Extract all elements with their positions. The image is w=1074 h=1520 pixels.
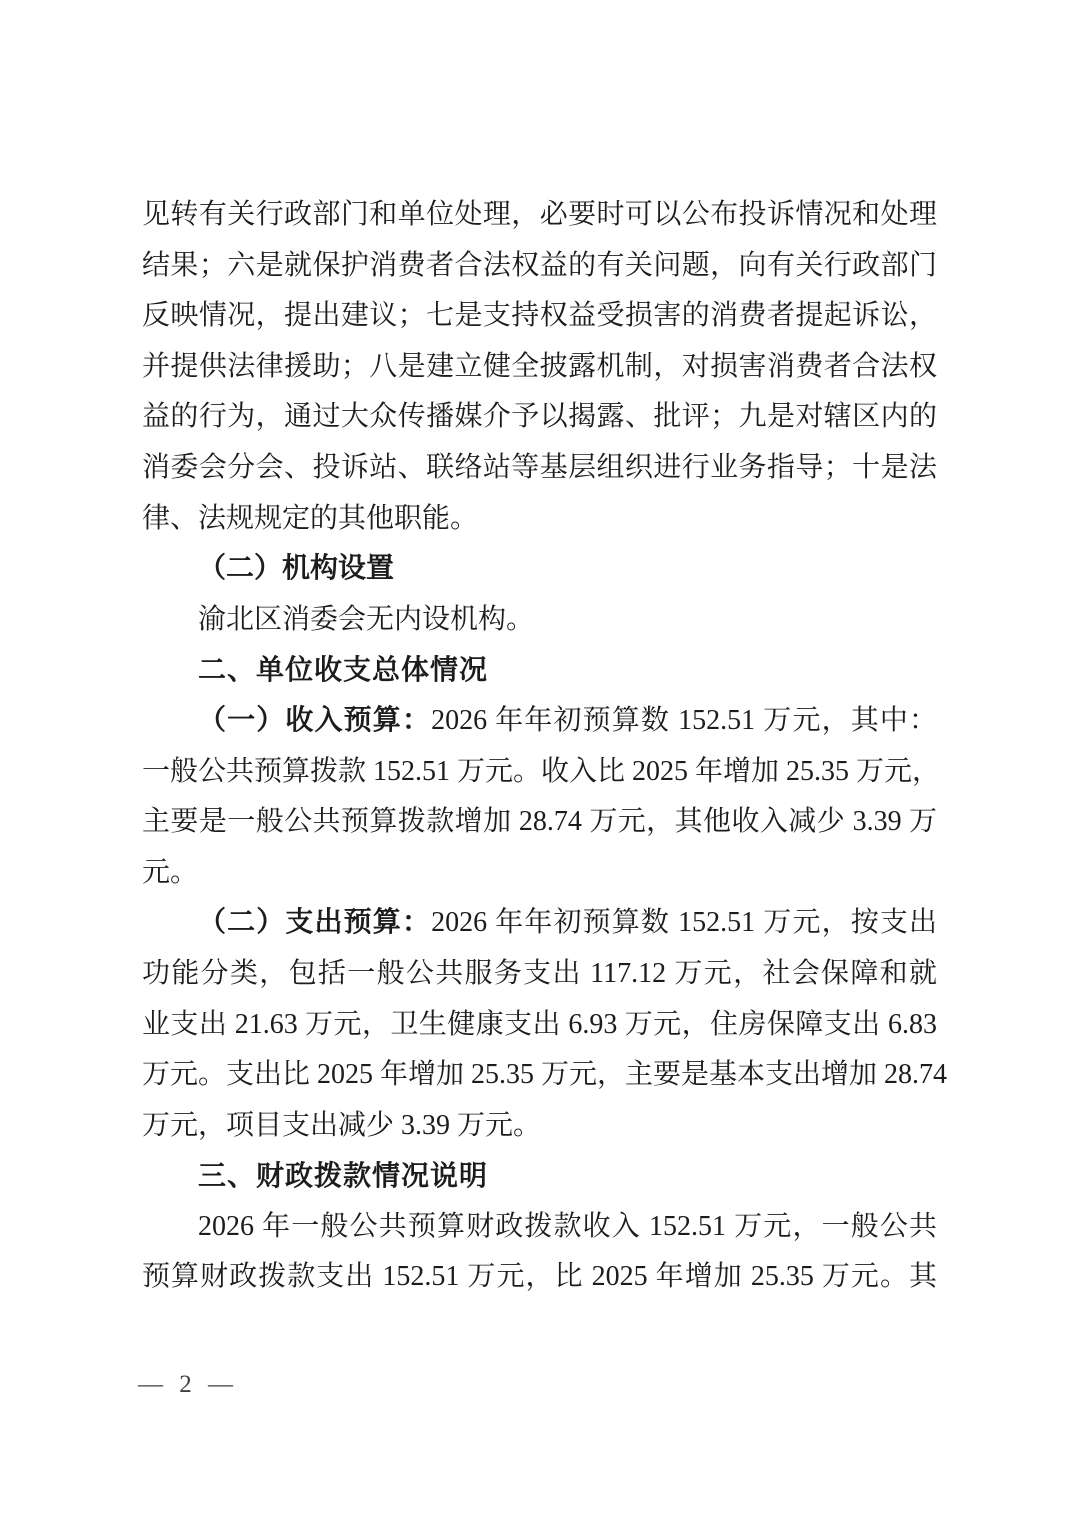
heading-line: 二、单位收支总体情况 [142, 645, 937, 696]
text-line: 功能分类，包括一般公共服务支出 117.12 万元，社会保障和就 [142, 949, 937, 1000]
text-segment: 消委会分会、投诉站、联络站等基层组织进行业务指导；十是法 [142, 452, 937, 483]
text-segment: 预算财政拨款支出 152.51 万元，比 2025 年增加 25.35 万元。其 [142, 1261, 937, 1292]
heading-text: 三、财政拨款情况说明 [198, 1160, 488, 1191]
inline-heading-segment: （二）支出预算： [198, 907, 431, 938]
heading-text: 二、单位收支总体情况 [198, 654, 488, 685]
text-segment: 一般公共预算拨款 152.51 万元。收入比 2025 年增加 25.35 万元… [142, 756, 940, 787]
text-segment: 万元。支出比 2025 年增加 25.35 万元，主要是基本支出增加 28.74 [142, 1059, 947, 1090]
heading-line: 三、财政拨款情况说明 [142, 1151, 937, 1202]
text-line: 元。 [142, 848, 937, 899]
text-line: 并提供法律援助；八是建立健全披露机制，对损害消费者合法权 [142, 342, 937, 393]
text-segment: 业支出 21.63 万元，卫生健康支出 6.93 万元，住房保障支出 6.83 [142, 1009, 937, 1040]
text-segment: 元。 [142, 857, 198, 888]
text-segment: 律、法规规定的其他职能。 [142, 503, 478, 534]
text-segment: 见转有关行政部门和单位处理，必要时可以公布投诉情况和处理 [142, 199, 937, 230]
text-segment: 功能分类，包括一般公共服务支出 117.12 万元，社会保障和就 [142, 958, 937, 989]
text-segment: 结果；六是就保护消费者合法权益的有关问题，向有关行政部门 [142, 250, 937, 281]
text-line: （二）支出预算：2026 年年初预算数 152.51 万元，按支出 [142, 898, 937, 949]
text-line: 预算财政拨款支出 152.51 万元，比 2025 年增加 25.35 万元。其 [142, 1252, 937, 1303]
text-line: 反映情况，提出建议；七是支持权益受损害的消费者提起诉讼， [142, 291, 937, 342]
text-segment: 万元，项目支出减少 3.39 万元。 [142, 1110, 541, 1141]
text-line: 业支出 21.63 万元，卫生健康支出 6.93 万元，住房保障支出 6.83 [142, 1000, 937, 1051]
text-line: （一）收入预算：2026 年年初预算数 152.51 万元，其中： [142, 696, 937, 747]
text-line: 一般公共预算拨款 152.51 万元。收入比 2025 年增加 25.35 万元… [142, 747, 937, 798]
text-segment: 2026 年一般公共预算财政拨款收入 152.51 万元，一般公共 [198, 1211, 937, 1242]
text-segment: 反映情况，提出建议；七是支持权益受损害的消费者提起诉讼， [142, 300, 937, 331]
text-line: 2026 年一般公共预算财政拨款收入 152.51 万元，一般公共 [142, 1202, 937, 1253]
text-segment: 渝北区消委会无内设机构。 [198, 604, 534, 635]
text-line: 主要是一般公共预算拨款增加 28.74 万元，其他收入减少 3.39 万 [142, 797, 937, 848]
text-segment: 2026 年年初预算数 152.51 万元，按支出 [431, 907, 937, 938]
text-segment: 主要是一般公共预算拨款增加 28.74 万元，其他收入减少 3.39 万 [142, 806, 937, 837]
page-number: — 2 — [138, 1368, 238, 1402]
text-line: 渝北区消委会无内设机构。 [142, 595, 937, 646]
inline-heading-segment: （一）收入预算： [198, 705, 431, 736]
text-segment: 益的行为，通过大众传播媒介予以揭露、批评；九是对辖区内的 [142, 401, 937, 432]
heading-text: （二）机构设置 [198, 553, 394, 584]
text-line: 万元。支出比 2025 年增加 25.35 万元，主要是基本支出增加 28.74 [142, 1050, 937, 1101]
text-line: 消委会分会、投诉站、联络站等基层组织进行业务指导；十是法 [142, 443, 937, 494]
document-body: 见转有关行政部门和单位处理，必要时可以公布投诉情况和处理结果；六是就保护消费者合… [142, 190, 937, 1303]
document-page: 见转有关行政部门和单位处理，必要时可以公布投诉情况和处理结果；六是就保护消费者合… [0, 0, 1074, 1520]
text-line: 律、法规规定的其他职能。 [142, 494, 937, 545]
text-line: 万元，项目支出减少 3.39 万元。 [142, 1101, 937, 1152]
text-segment: 并提供法律援助；八是建立健全披露机制，对损害消费者合法权 [142, 351, 937, 382]
text-line: 见转有关行政部门和单位处理，必要时可以公布投诉情况和处理 [142, 190, 937, 241]
text-line: 益的行为，通过大众传播媒介予以揭露、批评；九是对辖区内的 [142, 392, 937, 443]
text-line: 结果；六是就保护消费者合法权益的有关问题，向有关行政部门 [142, 241, 937, 292]
text-segment: 2026 年年初预算数 152.51 万元，其中： [431, 705, 937, 736]
heading-line: （二）机构设置 [142, 544, 937, 595]
